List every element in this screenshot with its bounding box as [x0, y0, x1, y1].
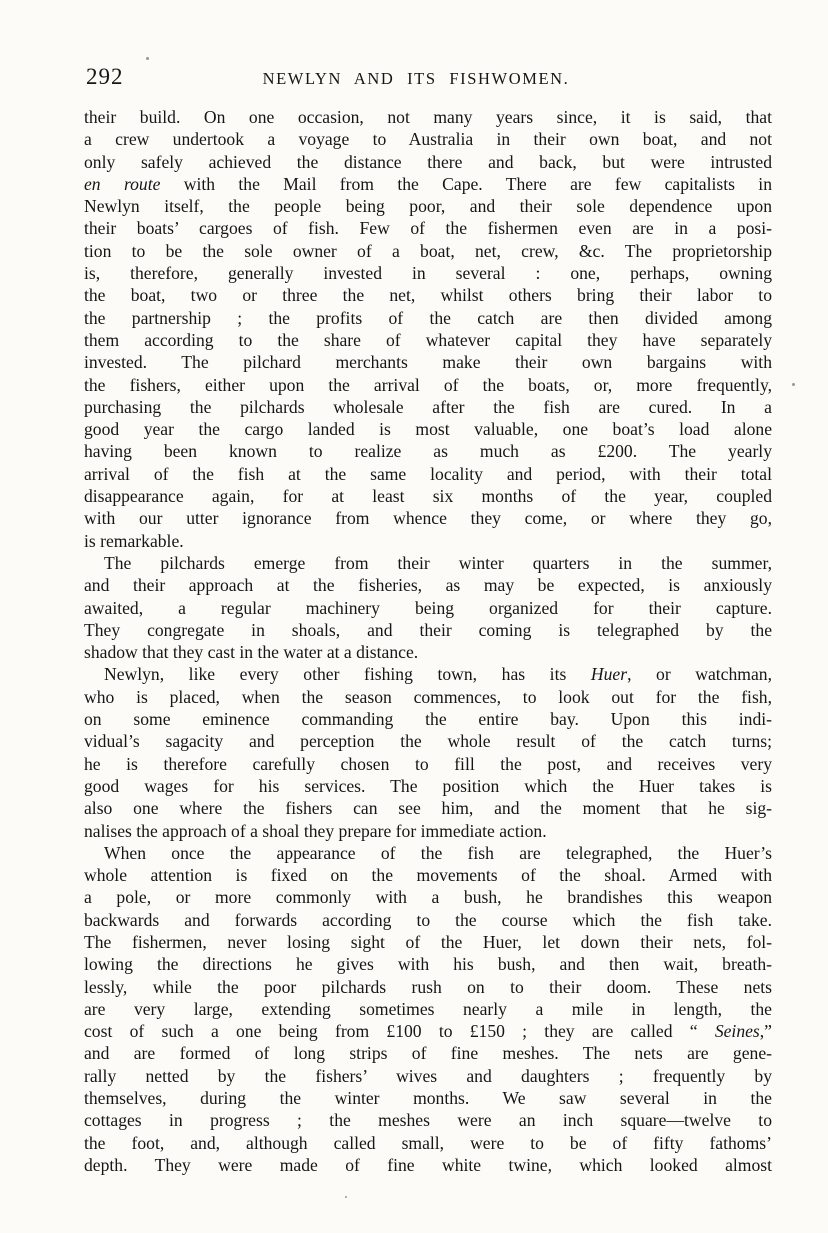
text-line: and their approach at the fisheries, as …	[84, 574, 772, 596]
text-line: themselves, during the winter months. We…	[84, 1087, 772, 1109]
text-line: lessly, while the poor pilchards rush on…	[84, 976, 772, 998]
text-line: having been known to realize as much as …	[84, 440, 772, 462]
text-line: a crew undertook a voyage to Australia i…	[84, 128, 772, 150]
text-line: cottages in progress ; the meshes were a…	[84, 1109, 772, 1131]
text-segment: cost of such a one being from £100 to £1…	[84, 1021, 715, 1041]
text-line: only safely achieved the distance there …	[84, 151, 772, 173]
italic-text: Seines	[715, 1021, 760, 1041]
text-line: depth. They were made of fine white twin…	[84, 1154, 772, 1176]
text-line: good year the cargo landed is most valua…	[84, 418, 772, 440]
text-line: vidual’s sagacity and perception the who…	[84, 730, 772, 752]
text-line: nalises the approach of a shoal they pre…	[84, 820, 772, 842]
text-line: backwards and forwards according to the …	[84, 909, 772, 931]
scanned-book-page: 292 NEWLYN AND ITS FISHWOMEN. their buil…	[0, 0, 828, 1233]
text-segment: with the Mail from the Cape. There are f…	[160, 174, 772, 194]
scan-artifact-dot	[146, 57, 149, 60]
running-header: 292 NEWLYN AND ITS FISHWOMEN.	[84, 64, 772, 94]
text-line: the boat, two or three the net, whilst o…	[84, 284, 772, 306]
text-line: with our utter ignorance from whence the…	[84, 507, 772, 529]
text-line: rally netted by the fishers’ wives and d…	[84, 1065, 772, 1087]
scan-artifact-dot	[345, 1196, 347, 1198]
running-title: NEWLYN AND ITS FISHWOMEN.	[84, 69, 748, 89]
text-line: the fishers, either upon the arrival of …	[84, 374, 772, 396]
text-line: The pilchards emerge from their winter q…	[84, 552, 772, 574]
text-line: They congregate in shoals, and their com…	[84, 619, 772, 641]
text-line: is, therefore, generally invested in sev…	[84, 262, 772, 284]
text-line: is remarkable.	[84, 530, 772, 552]
text-line: When once the appearance of the fish are…	[84, 842, 772, 864]
text-line: whole attention is fixed on the movement…	[84, 864, 772, 886]
text-line: Newlyn, like every other fishing town, h…	[84, 663, 772, 685]
text-line: arrival of the fish at the same locality…	[84, 463, 772, 485]
text-line: also one where the fishers can see him, …	[84, 797, 772, 819]
text-line: lowing the directions he gives with his …	[84, 953, 772, 975]
text-line: The fishermen, never losing sight of the…	[84, 931, 772, 953]
scan-artifact-dot	[792, 383, 795, 386]
text-line: he is therefore carefully chosen to fill…	[84, 753, 772, 775]
italic-text: Huer	[591, 664, 627, 684]
page-body: their build. On one occasion, not many y…	[84, 106, 772, 1176]
text-segment: , or watchman,	[627, 664, 772, 684]
text-segment: ,”	[760, 1021, 772, 1041]
text-line: shadow that they cast in the water at a …	[84, 641, 772, 663]
text-line: a pole, or more commonly with a bush, he…	[84, 886, 772, 908]
text-line: are very large, extending sometimes near…	[84, 998, 772, 1020]
text-line: purchasing the pilchards wholesale after…	[84, 396, 772, 418]
text-line: who is placed, when the season commences…	[84, 686, 772, 708]
text-line: on some eminence commanding the entire b…	[84, 708, 772, 730]
text-line: Newlyn itself, the people being poor, an…	[84, 195, 772, 217]
text-line: tion to be the sole owner of a boat, net…	[84, 240, 772, 262]
text-line: their build. On one occasion, not many y…	[84, 106, 772, 128]
text-line: the partnership ; the profits of the cat…	[84, 307, 772, 329]
text-line: invested. The pilchard merchants make th…	[84, 351, 772, 373]
text-line: their boats’ cargoes of fish. Few of the…	[84, 217, 772, 239]
text-line: the foot, and, although called small, we…	[84, 1132, 772, 1154]
text-line: en route with the Mail from the Cape. Th…	[84, 173, 772, 195]
text-line: awaited, a regular machinery being organ…	[84, 597, 772, 619]
italic-text: en route	[84, 174, 160, 194]
text-line: cost of such a one being from £100 to £1…	[84, 1020, 772, 1042]
text-segment: Newlyn, like every other fishing town, h…	[104, 664, 591, 684]
text-line: them according to the share of whatever …	[84, 329, 772, 351]
text-line: and are formed of long strips of fine me…	[84, 1042, 772, 1064]
text-line: disappearance again, for at least six mo…	[84, 485, 772, 507]
text-line: good wages for his services. The positio…	[84, 775, 772, 797]
